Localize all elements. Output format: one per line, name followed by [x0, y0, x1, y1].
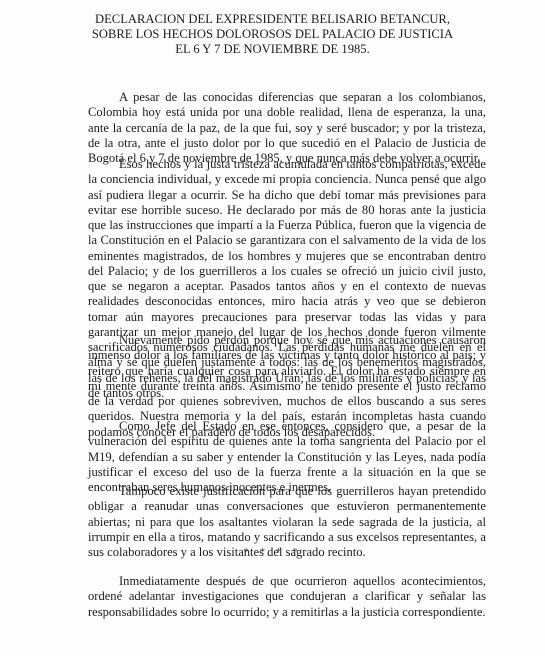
title-line-1: DECLARACION DEL EXPRESIDENTE BELISARIO B… [0, 12, 545, 27]
title-line-2: SOBRE LOS HECHOS DOLOROSOS DEL PALACIO D… [0, 27, 545, 42]
document-page: DECLARACION DEL EXPRESIDENTE BELISARIO B… [0, 0, 545, 656]
document-title: DECLARACION DEL EXPRESIDENTE BELISARIO B… [0, 12, 545, 58]
section-separator: * * * * [0, 546, 545, 558]
title-line-3: EL 6 Y 7 DE NOVIEMBRE DE 1985. [0, 42, 545, 57]
paragraph-1: A pesar de las conocidas diferencias que… [88, 90, 486, 166]
paragraph-6: Inmediatamente después de que ocurrieron… [88, 574, 486, 620]
